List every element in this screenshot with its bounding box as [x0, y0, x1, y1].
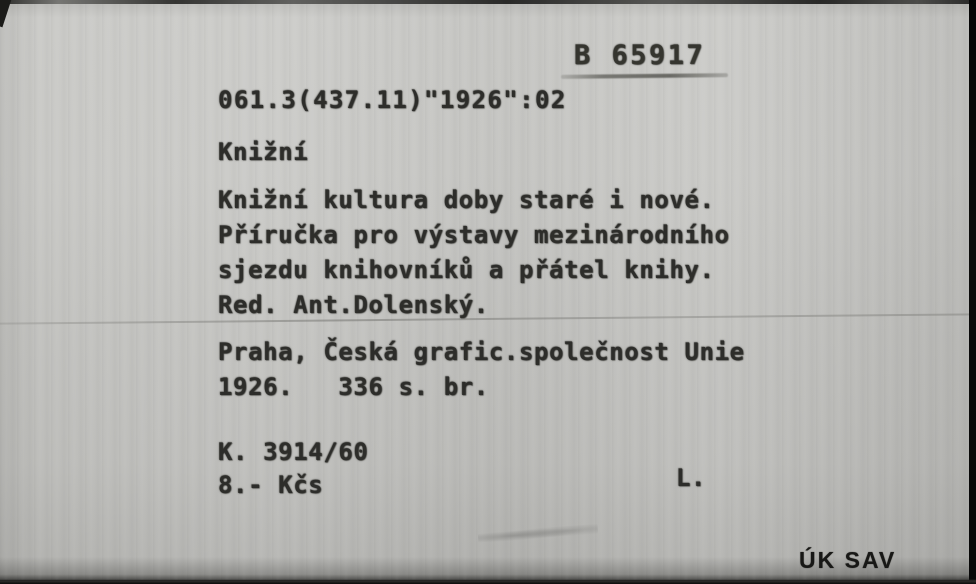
- heading-entry: Knižní: [218, 138, 308, 166]
- title-statement-line: Příručka pro výstavy mezinárodního: [218, 221, 730, 249]
- library-stamp: ÚK SAV: [799, 547, 896, 574]
- call-number: 061.3(437.11)"1926":02: [218, 86, 567, 114]
- imprint-collation-line: 1926. 336 s. br.: [218, 373, 489, 401]
- title-statement-line: sjezdu knihovníků a přátel knihy.: [218, 256, 715, 284]
- cataloguer-mark: L.: [676, 464, 706, 492]
- scan-border-right: [969, 0, 976, 584]
- record-number: K. 3914/60: [218, 438, 369, 466]
- scan-border-top: [0, 0, 976, 4]
- editor-statement: Red. Ant.Dolenský.: [218, 291, 489, 319]
- catalog-card-scan: B 65917 061.3(437.11)"1926":02 Knižní Kn…: [0, 0, 976, 584]
- title-statement-line: Knižní kultura doby staré i nové.: [218, 186, 715, 214]
- price: 8.- Kčs: [218, 471, 323, 499]
- accession-number: B 65917: [574, 40, 705, 71]
- imprint-line: Praha, Česká grafic.společnost Unie: [218, 338, 745, 366]
- scan-border-bottom: [0, 579, 976, 584]
